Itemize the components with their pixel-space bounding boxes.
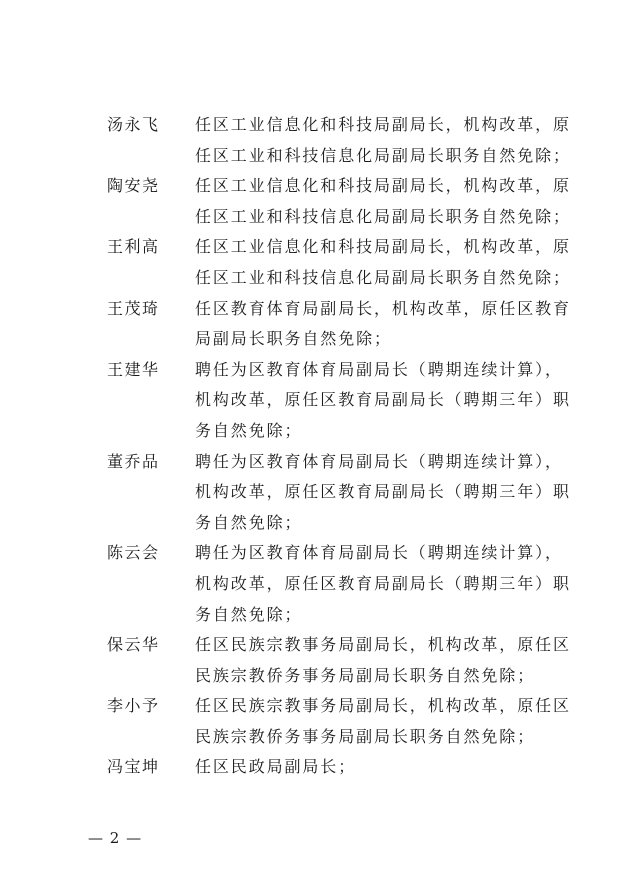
appointment-entry: 王茂琦 任区教育体育局副局长，机构改革，原任区教育 局副局长职务自然免除； [107,294,567,355]
description-line: 民族宗教侨务事务局副局长职务自然免除； [195,661,571,692]
appointment-entry: 汤永飞 任区工业信息化和科技局副局长，机构改革，原 任区工业和科技信息化局副局长… [107,110,567,171]
appointment-entry: 陶安尧 任区工业信息化和科技局副局长，机构改革，原 任区工业和科技信息化局副局长… [107,171,567,232]
description-line: 任区工业和科技信息化局副局长职务自然免除； [195,141,571,172]
appointment-description: 任区教育体育局副局长，机构改革，原任区教育 局副局长职务自然免除； [195,294,571,355]
description-line: 机构改革，原任区教育局副局长（聘期三年）职 [195,385,571,416]
appointment-description: 任区工业信息化和科技局副局长，机构改革，原 任区工业和科技信息化局副局长职务自然… [195,232,571,293]
appointment-description: 聘任为区教育体育局副局长（聘期连续计算）， 机构改革，原任区教育局副局长（聘期三… [195,538,571,630]
person-name: 陈云会 [107,538,195,569]
page-number: — 2 — [88,829,142,847]
description-line: 务自然免除； [195,508,571,539]
person-name: 陶安尧 [107,171,195,202]
appointment-entry: 保云华 任区民族宗教事务局副局长，机构改革，原任区 民族宗教侨务事务局副局长职务… [107,630,567,691]
appointment-description: 任区工业信息化和科技局副局长，机构改革，原 任区工业和科技信息化局副局长职务自然… [195,110,571,171]
person-name: 汤永飞 [107,110,195,141]
description-line: 任区教育体育局副局长，机构改革，原任区教育 [195,294,571,325]
description-line: 任区民族宗教事务局副局长，机构改革，原任区 [195,630,571,661]
appointment-description: 任区工业信息化和科技局副局长，机构改革，原 任区工业和科技信息化局副局长职务自然… [195,171,571,232]
description-line: 机构改革，原任区教育局副局长（聘期三年）职 [195,569,571,600]
description-line: 任区工业和科技信息化局副局长职务自然免除； [195,263,571,294]
description-line: 任区工业信息化和科技局副局长，机构改革，原 [195,232,571,263]
description-line: 聘任为区教育体育局副局长（聘期连续计算）， [195,355,571,386]
appointment-entry: 冯宝坤 任区民政局副局长； [107,752,567,783]
description-line: 务自然免除； [195,600,571,631]
description-line: 务自然免除； [195,416,571,447]
person-name: 王利高 [107,232,195,263]
appointment-entry: 王建华 聘任为区教育体育局副局长（聘期连续计算）， 机构改革，原任区教育局副局长… [107,355,567,447]
appointment-entry: 王利高 任区工业信息化和科技局副局长，机构改革，原 任区工业和科技信息化局副局长… [107,232,567,293]
description-line: 机构改革，原任区教育局副局长（聘期三年）职 [195,477,571,508]
person-name: 王茂琦 [107,294,195,325]
person-name: 冯宝坤 [107,752,195,783]
description-line: 局副局长职务自然免除； [195,324,571,355]
appointment-entry: 陈云会 聘任为区教育体育局副局长（聘期连续计算）， 机构改革，原任区教育局副局长… [107,538,567,630]
person-name: 保云华 [107,630,195,661]
appointment-description: 聘任为区教育体育局副局长（聘期连续计算）， 机构改革，原任区教育局副局长（聘期三… [195,355,571,447]
person-name: 王建华 [107,355,195,386]
appointment-entry: 李小予 任区民族宗教事务局副局长，机构改革，原任区 民族宗教侨务事务局副局长职务… [107,691,567,752]
appointment-description: 任区民政局副局长； [195,752,567,783]
description-line: 聘任为区教育体育局副局长（聘期连续计算）， [195,538,571,569]
description-line: 任区工业信息化和科技局副局长，机构改革，原 [195,171,571,202]
description-line: 任区民族宗教事务局副局长，机构改革，原任区 [195,691,571,722]
appointment-description: 任区民族宗教事务局副局长，机构改革，原任区 民族宗教侨务事务局副局长职务自然免除… [195,691,571,752]
appointment-entry: 董乔品 聘任为区教育体育局副局长（聘期连续计算）， 机构改革，原任区教育局副局长… [107,447,567,539]
description-line: 任区工业信息化和科技局副局长，机构改革，原 [195,110,571,141]
appointment-description: 聘任为区教育体育局副局长（聘期连续计算）， 机构改革，原任区教育局副局长（聘期三… [195,447,571,539]
appointment-description: 任区民族宗教事务局副局长，机构改革，原任区 民族宗教侨务事务局副局长职务自然免除… [195,630,571,691]
person-name: 李小予 [107,691,195,722]
description-line: 聘任为区教育体育局副局长（聘期连续计算）， [195,447,571,478]
description-line: 任区民政局副局长； [195,752,567,783]
appointment-list: 汤永飞 任区工业信息化和科技局副局长，机构改革，原 任区工业和科技信息化局副局长… [107,110,567,783]
description-line: 民族宗教侨务事务局副局长职务自然免除； [195,722,571,753]
description-line: 任区工业和科技信息化局副局长职务自然免除； [195,202,571,233]
person-name: 董乔品 [107,447,195,478]
